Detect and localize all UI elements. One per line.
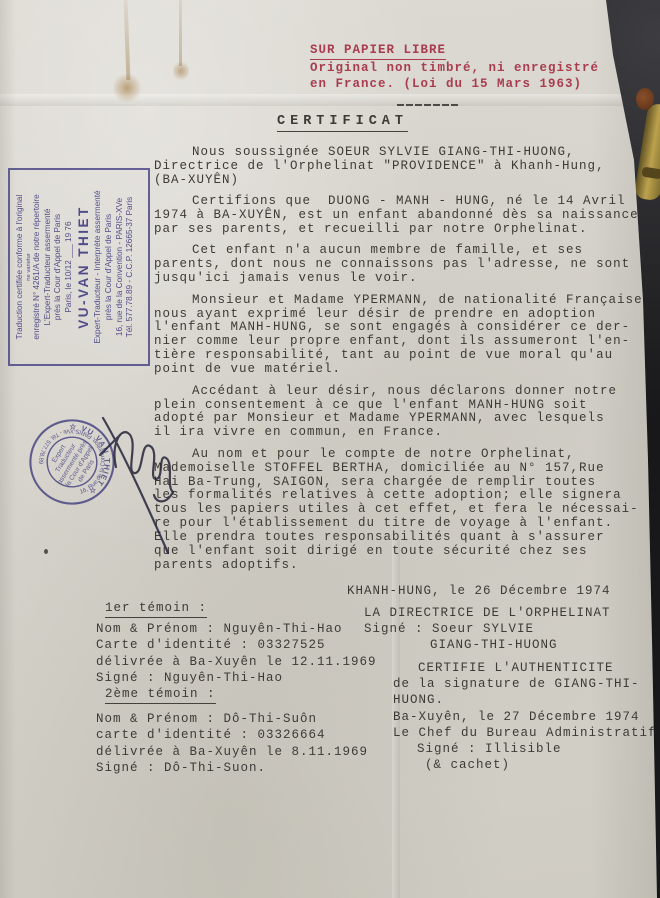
paragraph: Monsieur et Madame YPERMANN, de national… (154, 294, 660, 377)
paragraph: Au nom et pour le compte de notre Orphel… (154, 448, 660, 573)
witness-2-details: Nom & Prénom : Dô-Thi-Suôncarte d'identi… (96, 711, 368, 776)
witness-1-heading: 1er témoin : (105, 600, 207, 618)
paragraph: Accédant à leur désir, nous déclarons do… (154, 385, 660, 441)
translator-rect-stamp: Traduction certifiée conforme à l'origin… (8, 168, 150, 366)
notice-line: Original non timbré, ni enregistré (310, 60, 599, 76)
pen-object (634, 103, 660, 202)
notice-line: en France. (Loi du 15 Mars 1963) (310, 76, 599, 92)
witness-1-details: Nom & Prénom : Nguyên-Thi-HaoCarte d'ide… (96, 621, 377, 686)
witness-2-block: 2ème témoin : Nom & Prénom : Dô-Thi-Suôn… (96, 686, 368, 776)
witness-1-block: 1er témoin : Nom & Prénom : Nguyên-Thi-H… (96, 600, 377, 686)
paper-libre-notice: SUR PAPIER LIBRE Original non timbré, ni… (310, 42, 599, 92)
certificate-body-text: Nous soussignée SOEUR SYLVIE GIANG-THI-H… (154, 146, 660, 580)
scanned-certificate-photo: SUR PAPIER LIBRE Original non timbré, ni… (0, 0, 660, 898)
signature-scribble (115, 432, 173, 501)
paper-sheet: SUR PAPIER LIBRE Original non timbré, ni… (0, 0, 660, 898)
rust-spot (636, 88, 654, 110)
stain-streak (124, 0, 131, 80)
signature-diagonal-stroke (103, 418, 168, 553)
paragraph: Cet enfant n'a aucun membre de famille, … (154, 244, 660, 286)
authentication-block: CERTIFIE L'AUTHENTICITEde la signature d… (393, 660, 657, 773)
paragraph: Nous soussignée SOEUR SYLVIE GIANG-THI-H… (154, 146, 660, 188)
director-signature-block: LA DIRECTRICE DE L'ORPHELINATSigné : Soe… (364, 605, 611, 654)
notice-line-underlined: SUR PAPIER LIBRE (310, 42, 446, 60)
typed-divider-line (397, 104, 459, 106)
paragraph: Certifions que DUONG - MANH - HUNG, né l… (154, 195, 660, 237)
place-date-line: KHANH-HUNG, le 26 Décembre 1974 (347, 583, 611, 599)
witness-2-heading: 2ème témoin : (105, 686, 216, 704)
stain-streak (179, 0, 182, 66)
handwritten-signature (80, 405, 200, 565)
document-title: CERTIFICAT (277, 114, 408, 132)
ink-dot (44, 549, 48, 554)
paper-crease (0, 94, 660, 106)
